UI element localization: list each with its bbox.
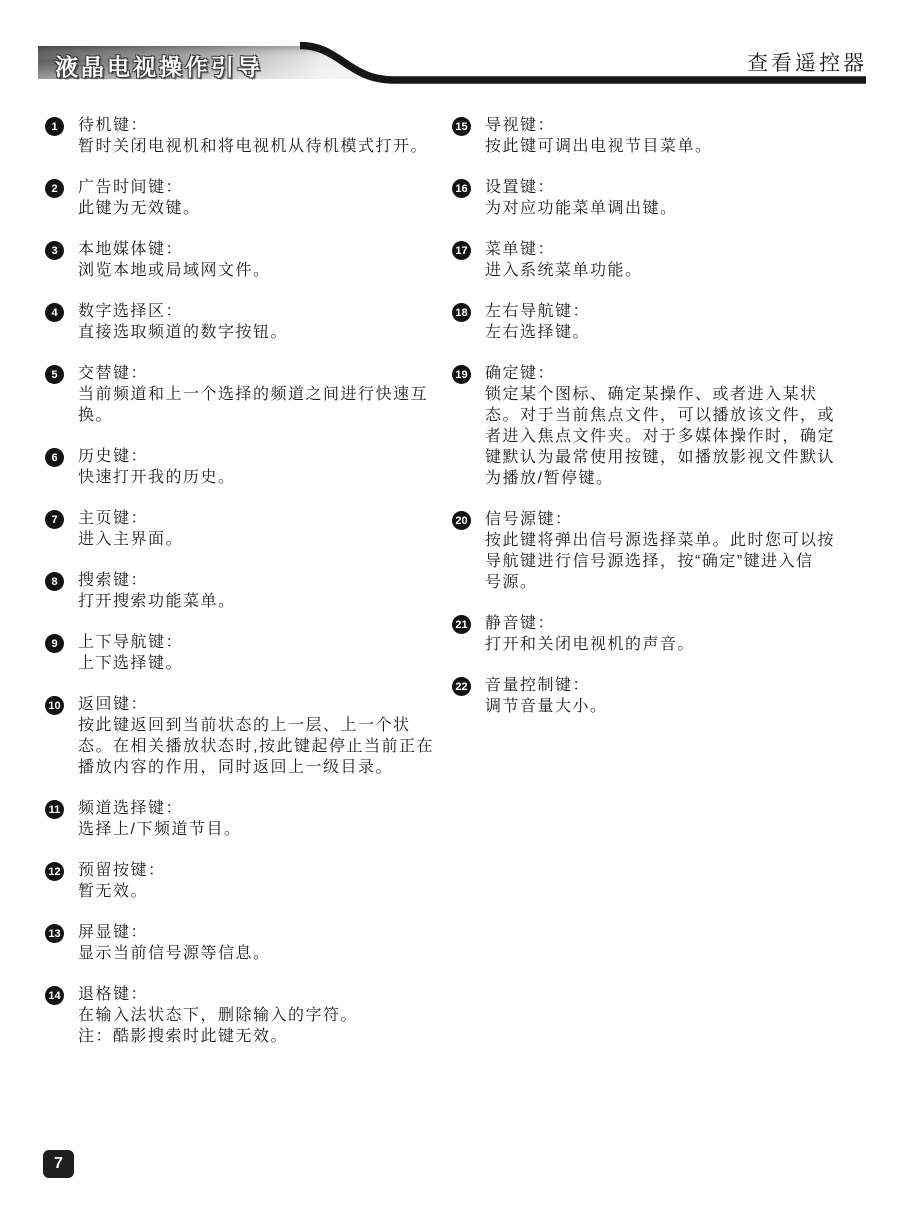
list-item: 14 退格键： 在输入法状态下，删除输入的字符。 注：酷影搜索时此键无效。 <box>45 984 445 1047</box>
item-description: 快速打开我的历史。 <box>78 467 236 488</box>
item-text: 左右导航键： 左右选择键。 <box>485 301 590 343</box>
item-number-badge: 8 <box>45 572 64 591</box>
item-text: 数字选择区： 直接选取频道的数字按钮。 <box>78 301 288 343</box>
item-title: 广告时间键： <box>78 177 201 198</box>
item-text: 菜单键： 进入系统菜单功能。 <box>485 239 643 281</box>
list-item: 4 数字选择区： 直接选取频道的数字按钮。 <box>45 301 445 343</box>
list-item: 20 信号源键： 按此键将弹出信号源选择菜单。此时您可以按 导航键进行信号源选择… <box>452 509 872 593</box>
list-item: 10 返回键： 按此键返回到当前状态的上一层、上一个状 态。在相关播放状态时,按… <box>45 694 445 778</box>
list-item: 9 上下导航键： 上下选择键。 <box>45 632 445 674</box>
item-title: 退格键： <box>78 984 358 1005</box>
item-text: 历史键： 快速打开我的历史。 <box>78 446 236 488</box>
item-description: 打开和关闭电视机的声音。 <box>485 634 695 655</box>
item-number-badge: 21 <box>452 615 471 634</box>
item-text: 设置键： 为对应功能菜单调出键。 <box>485 177 678 219</box>
item-text: 本地媒体键： 浏览本地或局域网文件。 <box>78 239 271 281</box>
item-number-badge: 10 <box>45 696 64 715</box>
item-title: 信号源键： <box>485 509 835 530</box>
item-description: 直接选取频道的数字按钮。 <box>78 322 288 343</box>
item-description: 锁定某个图标、确定某操作、或者进入某状 态。对于当前焦点文件，可以播放该文件，或… <box>485 384 835 489</box>
item-number-badge: 14 <box>45 986 64 1005</box>
item-text: 音量控制键： 调节音量大小。 <box>485 675 608 717</box>
list-item: 3 本地媒体键： 浏览本地或局域网文件。 <box>45 239 445 281</box>
item-number-badge: 18 <box>452 303 471 322</box>
item-text: 确定键： 锁定某个图标、确定某操作、或者进入某状 态。对于当前焦点文件，可以播放… <box>485 363 835 489</box>
item-description: 当前频道和上一个选择的频道之间进行快速互 换。 <box>78 384 428 426</box>
banner-title: 液晶电视操作引导 <box>55 49 263 82</box>
item-description: 进入系统菜单功能。 <box>485 260 643 281</box>
page-number-badge: 7 <box>43 1150 74 1178</box>
item-number-badge: 20 <box>452 511 471 530</box>
section-title: 查看遥控器 <box>747 47 867 77</box>
list-item: 17 菜单键： 进入系统菜单功能。 <box>452 239 872 281</box>
list-item: 16 设置键： 为对应功能菜单调出键。 <box>452 177 872 219</box>
item-title: 确定键： <box>485 363 835 384</box>
item-title: 菜单键： <box>485 239 643 260</box>
item-description: 暂无效。 <box>78 881 166 902</box>
item-text: 待机键： 暂时关闭电视机和将电视机从待机模式打开。 <box>78 115 428 157</box>
list-item: 11 频道选择键： 选择上/下频道节目。 <box>45 798 445 840</box>
item-text: 交替键： 当前频道和上一个选择的频道之间进行快速互 换。 <box>78 363 428 426</box>
item-number-badge: 1 <box>45 117 64 136</box>
left-column: 1 待机键： 暂时关闭电视机和将电视机从待机模式打开。 2 广告时间键： 此键为… <box>45 115 445 1067</box>
item-description: 调节音量大小。 <box>485 696 608 717</box>
item-title: 静音键： <box>485 613 695 634</box>
item-title: 主页键： <box>78 508 183 529</box>
list-item: 15 导视键： 按此键可调出电视节目菜单。 <box>452 115 872 157</box>
item-number-badge: 17 <box>452 241 471 260</box>
item-title: 预留按键： <box>78 860 166 881</box>
item-number-badge: 22 <box>452 677 471 696</box>
item-description: 进入主界面。 <box>78 529 183 550</box>
item-number-badge: 4 <box>45 303 64 322</box>
list-item: 5 交替键： 当前频道和上一个选择的频道之间进行快速互 换。 <box>45 363 445 426</box>
item-text: 返回键： 按此键返回到当前状态的上一层、上一个状 态。在相关播放状态时,按此键起… <box>78 694 434 778</box>
item-description: 此键为无效键。 <box>78 198 201 219</box>
item-description: 左右选择键。 <box>485 322 590 343</box>
item-description: 按此键将弹出信号源选择菜单。此时您可以按 导航键进行信号源选择，按“确定”键进入… <box>485 530 835 593</box>
list-item: 7 主页键： 进入主界面。 <box>45 508 445 550</box>
item-description: 按此键可调出电视节目菜单。 <box>485 136 713 157</box>
list-item: 1 待机键： 暂时关闭电视机和将电视机从待机模式打开。 <box>45 115 445 157</box>
item-text: 广告时间键： 此键为无效键。 <box>78 177 201 219</box>
item-text: 屏显键： 显示当前信号源等信息。 <box>78 922 271 964</box>
list-item: 13 屏显键： 显示当前信号源等信息。 <box>45 922 445 964</box>
item-number-badge: 13 <box>45 924 64 943</box>
item-title: 交替键： <box>78 363 428 384</box>
item-text: 预留按键： 暂无效。 <box>78 860 166 902</box>
item-title: 历史键： <box>78 446 236 467</box>
right-column: 15 导视键： 按此键可调出电视节目菜单。 16 设置键： 为对应功能菜单调出键… <box>452 115 872 737</box>
list-item: 18 左右导航键： 左右选择键。 <box>452 301 872 343</box>
item-text: 主页键： 进入主界面。 <box>78 508 183 550</box>
item-title: 频道选择键： <box>78 798 241 819</box>
item-title: 搜索键： <box>78 570 236 591</box>
item-number-badge: 15 <box>452 117 471 136</box>
list-item: 19 确定键： 锁定某个图标、确定某操作、或者进入某状 态。对于当前焦点文件，可… <box>452 363 872 489</box>
item-title: 导视键： <box>485 115 713 136</box>
item-title: 音量控制键： <box>485 675 608 696</box>
item-number-badge: 2 <box>45 179 64 198</box>
item-title: 设置键： <box>485 177 678 198</box>
item-title: 左右导航键： <box>485 301 590 322</box>
item-number-badge: 5 <box>45 365 64 384</box>
item-description: 打开搜索功能菜单。 <box>78 591 236 612</box>
item-text: 静音键： 打开和关闭电视机的声音。 <box>485 613 695 655</box>
item-description: 浏览本地或局域网文件。 <box>78 260 271 281</box>
item-number-badge: 7 <box>45 510 64 529</box>
list-item: 22 音量控制键： 调节音量大小。 <box>452 675 872 717</box>
item-title: 待机键： <box>78 115 428 136</box>
item-description: 按此键返回到当前状态的上一层、上一个状 态。在相关播放状态时,按此键起停止当前正… <box>78 715 434 778</box>
item-text: 搜索键： 打开搜索功能菜单。 <box>78 570 236 612</box>
list-item: 12 预留按键： 暂无效。 <box>45 860 445 902</box>
item-description: 暂时关闭电视机和将电视机从待机模式打开。 <box>78 136 428 157</box>
list-item: 6 历史键： 快速打开我的历史。 <box>45 446 445 488</box>
item-number-badge: 9 <box>45 634 64 653</box>
list-item: 8 搜索键： 打开搜索功能菜单。 <box>45 570 445 612</box>
list-item: 21 静音键： 打开和关闭电视机的声音。 <box>452 613 872 655</box>
item-text: 频道选择键： 选择上/下频道节目。 <box>78 798 241 840</box>
item-description: 上下选择键。 <box>78 653 183 674</box>
item-text: 信号源键： 按此键将弹出信号源选择菜单。此时您可以按 导航键进行信号源选择，按“… <box>485 509 835 593</box>
item-text: 退格键： 在输入法状态下，删除输入的字符。 注：酷影搜索时此键无效。 <box>78 984 358 1047</box>
item-title: 本地媒体键： <box>78 239 271 260</box>
item-number-badge: 19 <box>452 365 471 384</box>
item-number-badge: 3 <box>45 241 64 260</box>
item-number-badge: 6 <box>45 448 64 467</box>
item-description: 显示当前信号源等信息。 <box>78 943 271 964</box>
item-description: 选择上/下频道节目。 <box>78 819 241 840</box>
item-text: 导视键： 按此键可调出电视节目菜单。 <box>485 115 713 157</box>
item-number-badge: 16 <box>452 179 471 198</box>
item-number-badge: 12 <box>45 862 64 881</box>
item-title: 返回键： <box>78 694 434 715</box>
manual-page: 液晶电视操作引导 查看遥控器 1 待机键： 暂时关闭电视机和将电视机从待机模式打… <box>0 0 898 1229</box>
list-item: 2 广告时间键： 此键为无效键。 <box>45 177 445 219</box>
item-text: 上下导航键： 上下选择键。 <box>78 632 183 674</box>
item-title: 上下导航键： <box>78 632 183 653</box>
item-title: 数字选择区： <box>78 301 288 322</box>
item-description: 在输入法状态下，删除输入的字符。 注：酷影搜索时此键无效。 <box>78 1005 358 1047</box>
item-number-badge: 11 <box>45 800 64 819</box>
item-title: 屏显键： <box>78 922 271 943</box>
item-description: 为对应功能菜单调出键。 <box>485 198 678 219</box>
